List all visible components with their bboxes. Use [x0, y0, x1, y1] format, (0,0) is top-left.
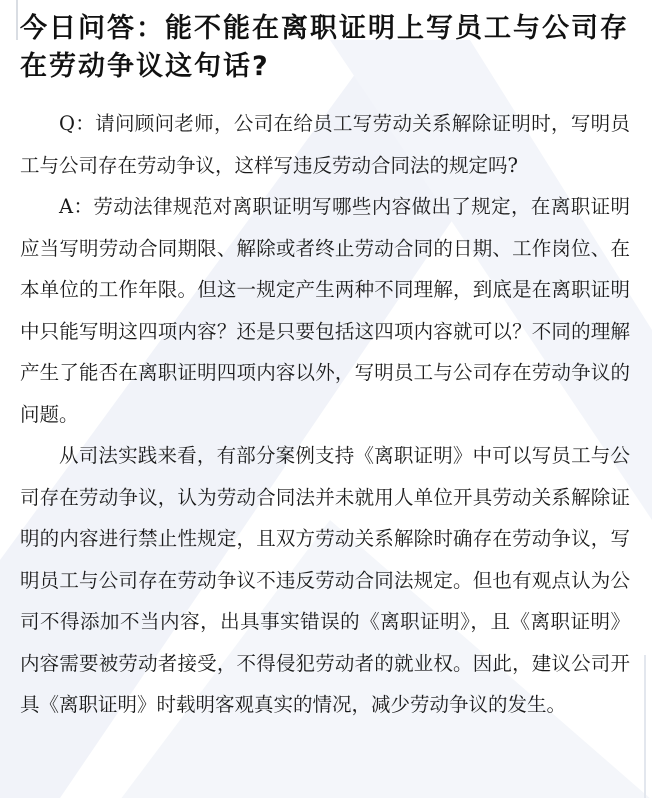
document-page: 今日问答：能不能在离职证明上写员工与公司存在劳动争议这句话? Q：请问顾问老师，…: [0, 0, 652, 798]
article-title: 今日问答：能不能在离职证明上写员工与公司存在劳动争议这句话?: [20, 0, 630, 86]
article: 今日问答：能不能在离职证明上写员工与公司存在劳动争议这句话? Q：请问顾问老师，…: [0, 0, 652, 726]
answer-paragraph: A：劳动法律规范对离职证明写哪些内容做出了规定，在离职证明应当写明劳动合同期限、…: [20, 186, 630, 435]
question-paragraph: Q：请问顾问老师，公司在给员工写劳动关系解除证明时，写明员工与公司存在劳动争议，…: [20, 103, 630, 186]
judicial-practice-paragraph: 从司法实践来看，有部分案例支持《离职证明》中可以写员工与公司存在劳动争议，认为劳…: [20, 435, 630, 726]
